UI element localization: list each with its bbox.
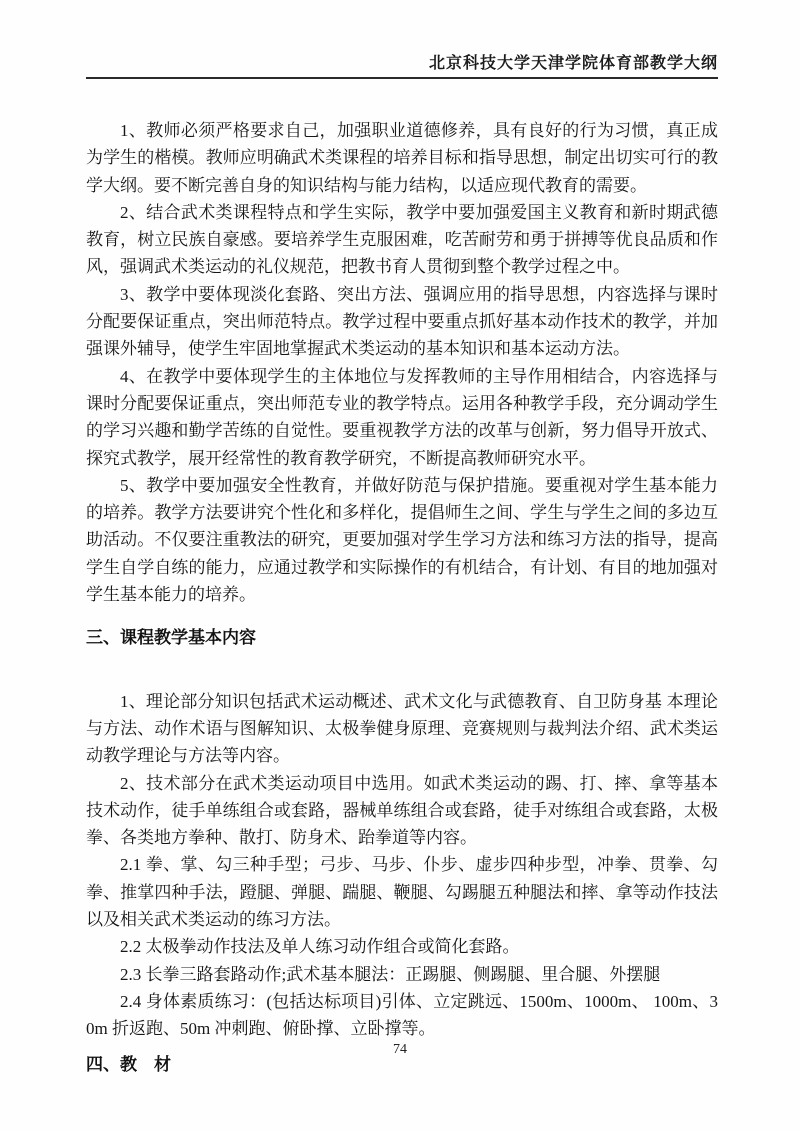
document-page: 北京科技大学天津学院体育部教学大纲 1、教师必须严格要求自己，加强职业道德修养，… <box>0 0 800 1131</box>
header-rule <box>86 77 718 79</box>
body-paragraph: 3、教学中要体现淡化套路、突出方法、强调应用的指导思想，内容选择与课时分配要保证… <box>86 281 718 363</box>
body-paragraph: 2、结合武术类课程特点和学生实际，教学中要加强爱国主义教育和新时期武德教育，树立… <box>86 199 718 281</box>
section-heading-course-content: 三、课程教学基本内容 <box>86 624 718 651</box>
body-paragraph: 5、教学中要加强安全性教育，并做好防范与保护措施。要重视对学生基本能力的培养。教… <box>86 472 718 608</box>
page-number: 74 <box>393 1042 407 1057</box>
body-paragraph: 2.1 拳、掌、勾三种手型；弓步、马步、仆步、虚步四种步型，冲拳、贯拳、勾拳、推… <box>86 851 718 933</box>
document-body: 1、教师必须严格要求自己，加强职业道德修养，具有良好的行为习惯，真正成为学生的楷… <box>86 117 718 1078</box>
body-paragraph: 2、技术部分在武术类运动项目中选用。如武术类运动的踢、打、摔、拿等基本技术动作，… <box>86 770 718 852</box>
body-paragraph: 2.3 长拳三路套路动作;武术基本腿法：正踢腿、侧踢腿、里合腿、外摆腿 <box>86 961 718 988</box>
page-footer: 74 <box>0 1042 800 1058</box>
body-paragraph: 2.2 太极拳动作技法及单人练习动作组合或简化套路。 <box>86 933 718 960</box>
header-title: 北京科技大学天津学院体育部教学大纲 <box>86 54 718 74</box>
body-paragraph: 4、在教学中要体现学生的主体地位与发挥教师的主导作用相结合，内容选择与课时分配要… <box>86 363 718 472</box>
body-paragraph: 2.4 身体素质练习：(包括达标项目)引体、立定跳远、1500m、1000m、 … <box>86 988 718 1043</box>
body-paragraph: 1、教师必须严格要求自己，加强职业道德修养，具有良好的行为习惯，真正成为学生的楷… <box>86 117 718 199</box>
page-header: 北京科技大学天津学院体育部教学大纲 <box>86 0 718 79</box>
body-paragraph: 1、理论部分知识包括武术运动概述、武术文化与武德教育、自卫防身基 本理论与方法、… <box>86 688 718 770</box>
